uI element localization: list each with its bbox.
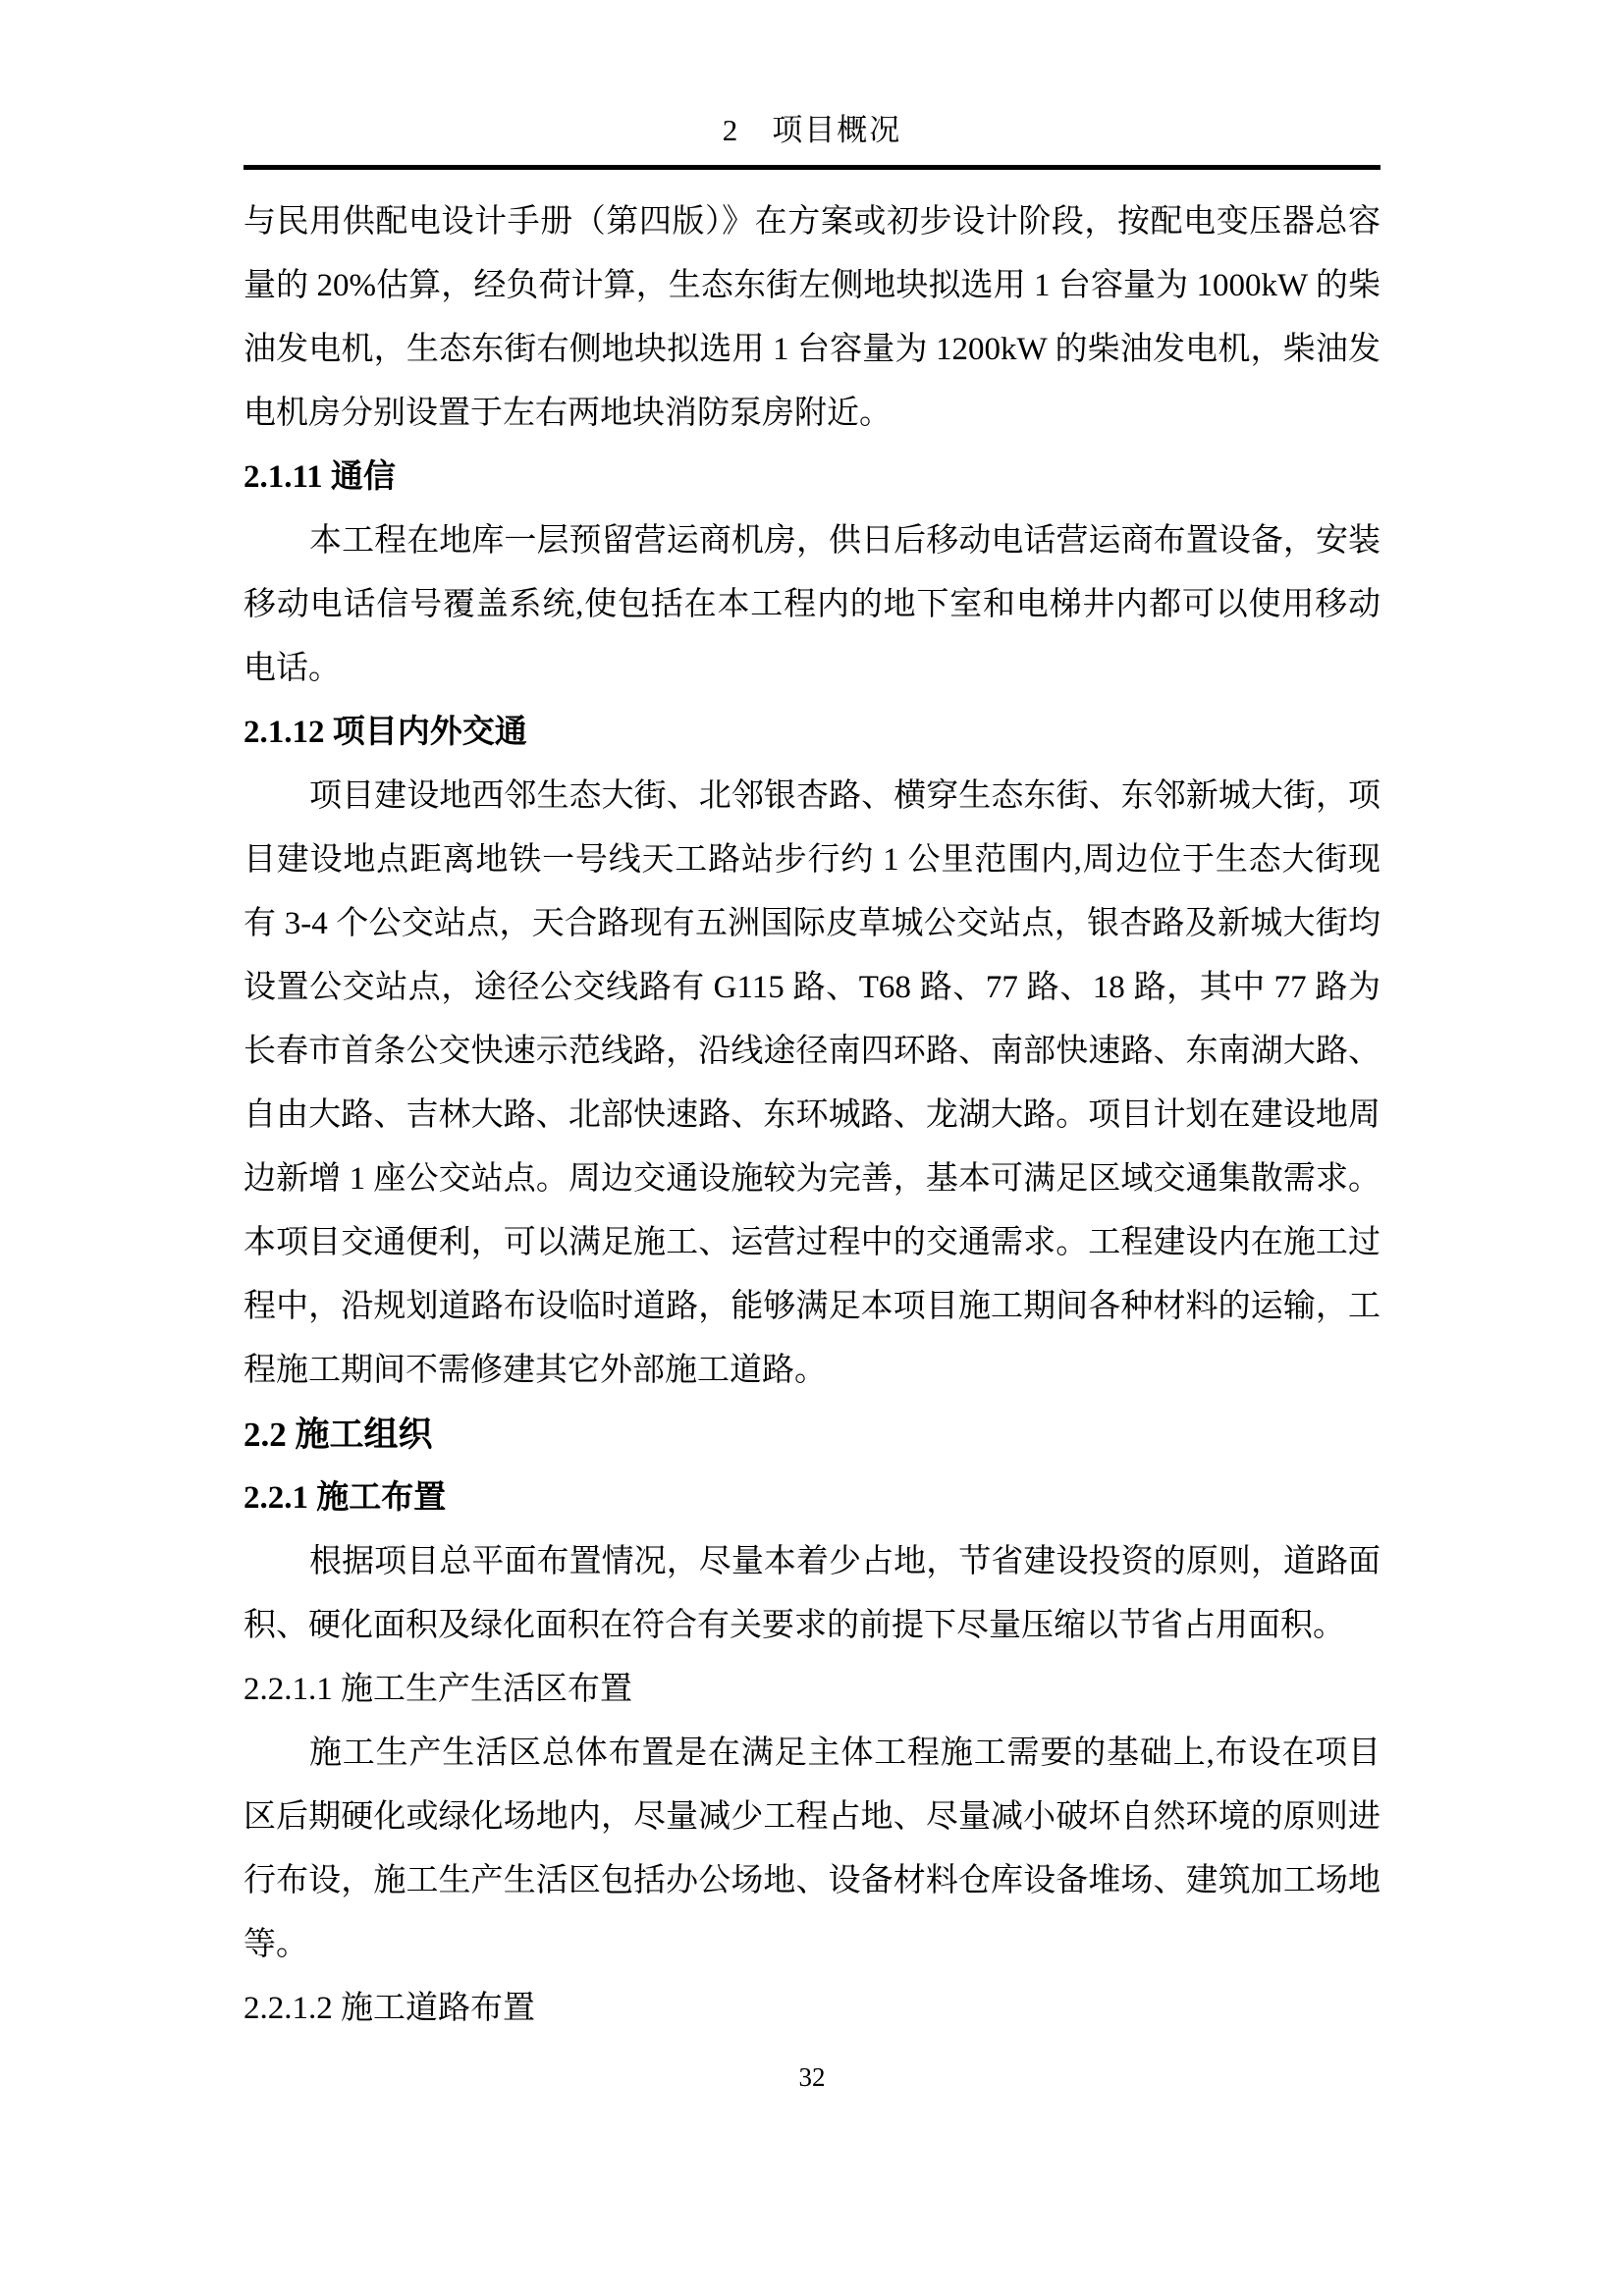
text-line: 长春市首条公交快速示范线路，沿线途径南四环路、南部快速路、东南湖大路、 bbox=[244, 1020, 1380, 1084]
text-line: 区后期硬化或绿化场地内，尽量减少工程占地、尽量减小破坏自然环境的原则进 bbox=[244, 1786, 1380, 1849]
text-line: 根据项目总平面布置情况，尽量本着少占地，节省建设投资的原则，道路面 bbox=[244, 1530, 1380, 1594]
text-line: 油发电机，生态东街右侧地块拟选用 1 台容量为 1200kW 的柴油发电机，柴油… bbox=[244, 318, 1380, 382]
text-line: 设置公交站点，途径公交线路有 G115 路、T68 路、77 路、18 路，其中… bbox=[244, 956, 1380, 1020]
section-heading: 2.2.1 施工布置 bbox=[244, 1467, 1380, 1530]
section-heading: 2.2.1.1 施工生产生活区布置 bbox=[244, 1658, 1380, 1722]
header-rule bbox=[244, 165, 1380, 170]
paragraph: 施工生产生活区总体布置是在满足主体工程施工需要的基础上,布设在项目区后期硬化或绿… bbox=[244, 1722, 1380, 1977]
header-title: 2 项目概况 bbox=[0, 110, 1624, 151]
text-line: 程中，沿规划道路布设临时道路，能够满足本项目施工期间各种材料的运输，工 bbox=[244, 1275, 1380, 1339]
text-line: 等。 bbox=[244, 1913, 1380, 1977]
paragraph: 项目建设地西邻生态大街、北邻银杏路、横穿生态东街、东邻新城大街，项目建设地点距离… bbox=[244, 765, 1380, 1403]
text-line: 电话。 bbox=[244, 637, 1380, 701]
page-footer: 32 bbox=[0, 2057, 1624, 2097]
text-line: 量的 20%估算，经负荷计算，生态东街左侧地块拟选用 1 台容量为 1000kW… bbox=[244, 254, 1380, 318]
text-line: 移动电话信号覆盖系统,使包括在本工程内的地下室和电梯井内都可以使用移动 bbox=[244, 573, 1380, 637]
section-heading: 2.2.1.2 施工道路布置 bbox=[244, 1977, 1380, 2041]
paragraph: 本工程在地库一层预留营运商机房，供日后移动电话营运商布置设备，安装移动电话信号覆… bbox=[244, 509, 1380, 701]
page-number: 32 bbox=[799, 2062, 826, 2092]
document-page: 2 项目概况 与民用供配电设计手册（第四版）》在方案或初步设计阶段，按配电变压器… bbox=[0, 0, 1624, 2296]
paragraph: 根据项目总平面布置情况，尽量本着少占地，节省建设投资的原则，道路面积、硬化面积及… bbox=[244, 1530, 1380, 1658]
section-heading: 2.2 施工组织 bbox=[244, 1403, 1380, 1467]
section-heading: 2.1.11 通信 bbox=[244, 446, 1380, 509]
text-line: 电机房分别设置于左右两地块消防泵房附近。 bbox=[244, 382, 1380, 446]
text-line: 项目建设地西邻生态大街、北邻银杏路、横穿生态东街、东邻新城大街，项 bbox=[244, 765, 1380, 828]
text-line: 与民用供配电设计手册（第四版）》在方案或初步设计阶段，按配电变压器总容 bbox=[244, 190, 1380, 254]
text-line: 行布设，施工生产生活区包括办公场地、设备材料仓库设备堆场、建筑加工场地 bbox=[244, 1849, 1380, 1913]
text-line: 目建设地点距离地铁一号线天工路站步行约 1 公里范围内,周边位于生态大街现 bbox=[244, 828, 1380, 892]
section-heading: 2.1.12 项目内外交通 bbox=[244, 701, 1380, 765]
text-line: 施工生产生活区总体布置是在满足主体工程施工需要的基础上,布设在项目 bbox=[244, 1722, 1380, 1786]
text-line: 本项目交通便利，可以满足施工、运营过程中的交通需求。工程建设内在施工过 bbox=[244, 1211, 1380, 1275]
text-line: 本工程在地库一层预留营运商机房，供日后移动电话营运商布置设备，安装 bbox=[244, 509, 1380, 573]
text-line: 有 3-4 个公交站点，天合路现有五洲国际皮草城公交站点，银杏路及新城大街均 bbox=[244, 892, 1380, 956]
text-line: 边新增 1 座公交站点。周边交通设施较为完善，基本可满足区域交通集散需求。 bbox=[244, 1148, 1380, 1211]
text-line: 程施工期间不需修建其它外部施工道路。 bbox=[244, 1339, 1380, 1403]
paragraph: 与民用供配电设计手册（第四版）》在方案或初步设计阶段，按配电变压器总容量的 20… bbox=[244, 190, 1380, 446]
text-line: 自由大路、吉林大路、北部快速路、东环城路、龙湖大路。项目计划在建设地周 bbox=[244, 1084, 1380, 1148]
document-body: 与民用供配电设计手册（第四版）》在方案或初步设计阶段，按配电变压器总容量的 20… bbox=[244, 190, 1380, 2041]
text-line: 积、硬化面积及绿化面积在符合有关要求的前提下尽量压缩以节省占用面积。 bbox=[244, 1594, 1380, 1658]
